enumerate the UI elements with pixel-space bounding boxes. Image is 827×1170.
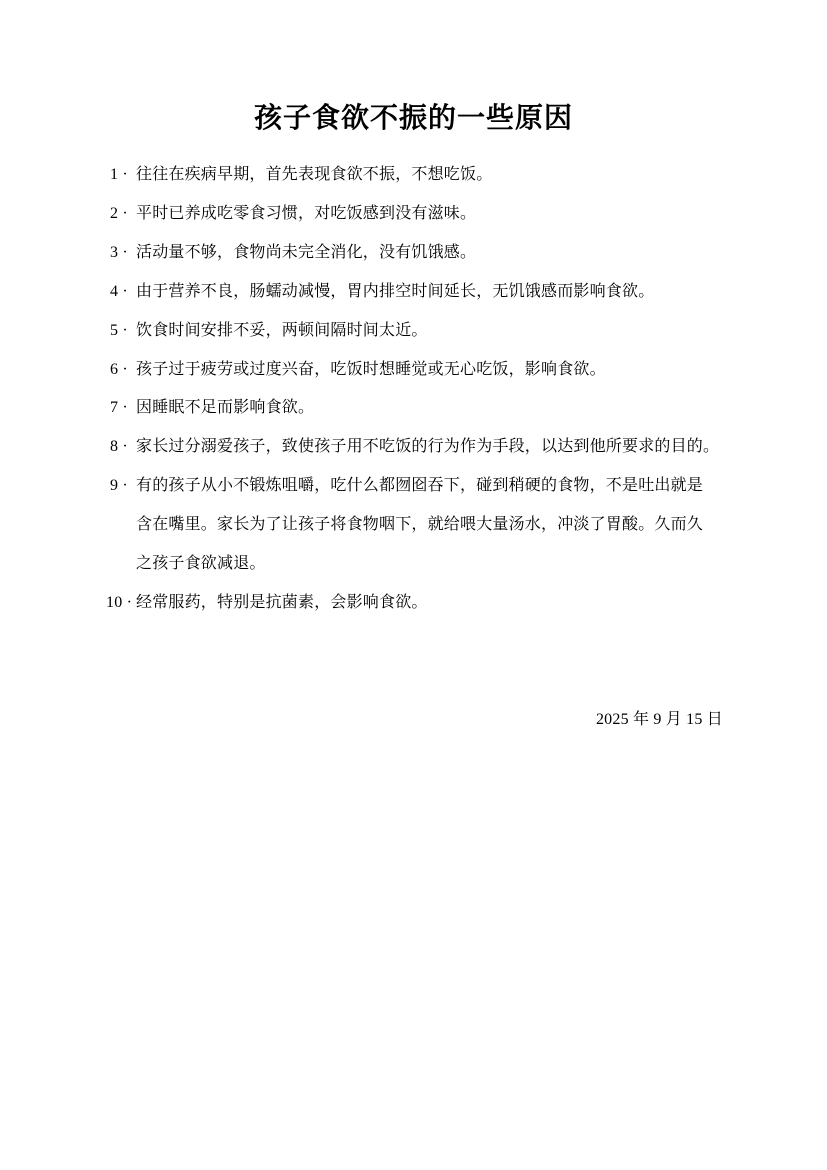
list-item: 6 ·孩子过于疲劳或过度兴奋，吃饭时想睡觉或无心吃饭，影响食欲。 xyxy=(110,351,738,390)
item-number-marker: 1 · xyxy=(110,156,128,195)
document-title: 孩子食欲不振的一些原因 xyxy=(0,0,827,138)
item-number-marker: 8 · xyxy=(110,428,128,467)
reasons-list: 1 ·往往在疾病早期，首先表现食欲不振，不想吃饭。 2 ·平时已养成吃零食习惯，… xyxy=(110,156,738,623)
item-number-marker: 3 · xyxy=(110,234,128,273)
item-text: 家长过分溺爱孩子，致使孩子用不吃饭的行为作为手段，以达到他所要求的目的。 xyxy=(136,438,719,455)
list-item: 1 ·往往在疾病早期，首先表现食欲不振，不想吃饭。 xyxy=(110,156,738,195)
item-number-marker: 2 · xyxy=(110,195,128,234)
item-number-marker: 9 · xyxy=(110,467,128,506)
item-number-marker: 4 · xyxy=(110,273,128,312)
list-item: 4 ·由于营养不良，肠蠕动减慢，胃内排空时间延长，无饥饿感而影响食欲。 xyxy=(110,273,738,312)
item-number-marker: 5 · xyxy=(110,312,128,351)
list-item: 9 ·有的孩子从小不锻炼咀嚼，吃什么都囫囵吞下，碰到稍硬的食物，不是吐出就是 含… xyxy=(110,467,738,584)
document-date: 2025 年 9 月 15 日 xyxy=(110,700,738,739)
item-continuation-line: 之孩子食欲减退。 xyxy=(136,545,738,584)
item-number-marker: 6 · xyxy=(110,351,128,390)
item-number-marker: 7 · xyxy=(110,389,128,428)
item-text: 活动量不够，食物尚未完全消化，没有饥饿感。 xyxy=(136,244,476,261)
item-text: 由于营养不良，肠蠕动减慢，胃内排空时间延长，无饥饿感而影响食欲。 xyxy=(136,283,654,300)
list-item: 10 ·经常服药，特别是抗菌素，会影响食欲。 xyxy=(110,584,738,623)
document-page: 孩子食欲不振的一些原因 1 ·往往在疾病早期，首先表现食欲不振，不想吃饭。 2 … xyxy=(0,0,827,1170)
item-text: 往往在疾病早期，首先表现食欲不振，不想吃饭。 xyxy=(136,166,492,183)
list-item: 7 ·因睡眠不足而影响食欲。 xyxy=(110,389,738,428)
list-item: 3 ·活动量不够，食物尚未完全消化，没有饥饿感。 xyxy=(110,234,738,273)
item-continuation-line: 含在嘴里。家长为了让孩子将食物咽下，就给喂大量汤水，冲淡了胃酸。久而久 xyxy=(136,506,738,545)
list-item: 5 ·饮食时间安排不妥，两顿间隔时间太近。 xyxy=(110,312,738,351)
item-text: 孩子过于疲劳或过度兴奋，吃饭时想睡觉或无心吃饭，影响食欲。 xyxy=(136,361,606,378)
item-text: 饮食时间安排不妥，两顿间隔时间太近。 xyxy=(136,322,428,339)
item-text-line: 9 ·有的孩子从小不锻炼咀嚼，吃什么都囫囵吞下，碰到稍硬的食物，不是吐出就是 xyxy=(136,467,738,506)
item-text: 平时已养成吃零食习惯，对吃饭感到没有滋味。 xyxy=(136,205,476,222)
item-number-marker: 10 · xyxy=(106,584,132,623)
list-item: 8 ·家长过分溺爱孩子，致使孩子用不吃饭的行为作为手段，以达到他所要求的目的。 xyxy=(110,428,738,467)
item-text: 有的孩子从小不锻炼咀嚼，吃什么都囫囵吞下，碰到稍硬的食物，不是吐出就是 xyxy=(136,477,703,494)
item-text: 因睡眠不足而影响食欲。 xyxy=(136,399,314,416)
item-text: 经常服药，特别是抗菌素，会影响食欲。 xyxy=(136,594,428,611)
list-item: 2 ·平时已养成吃零食习惯，对吃饭感到没有滋味。 xyxy=(110,195,738,234)
